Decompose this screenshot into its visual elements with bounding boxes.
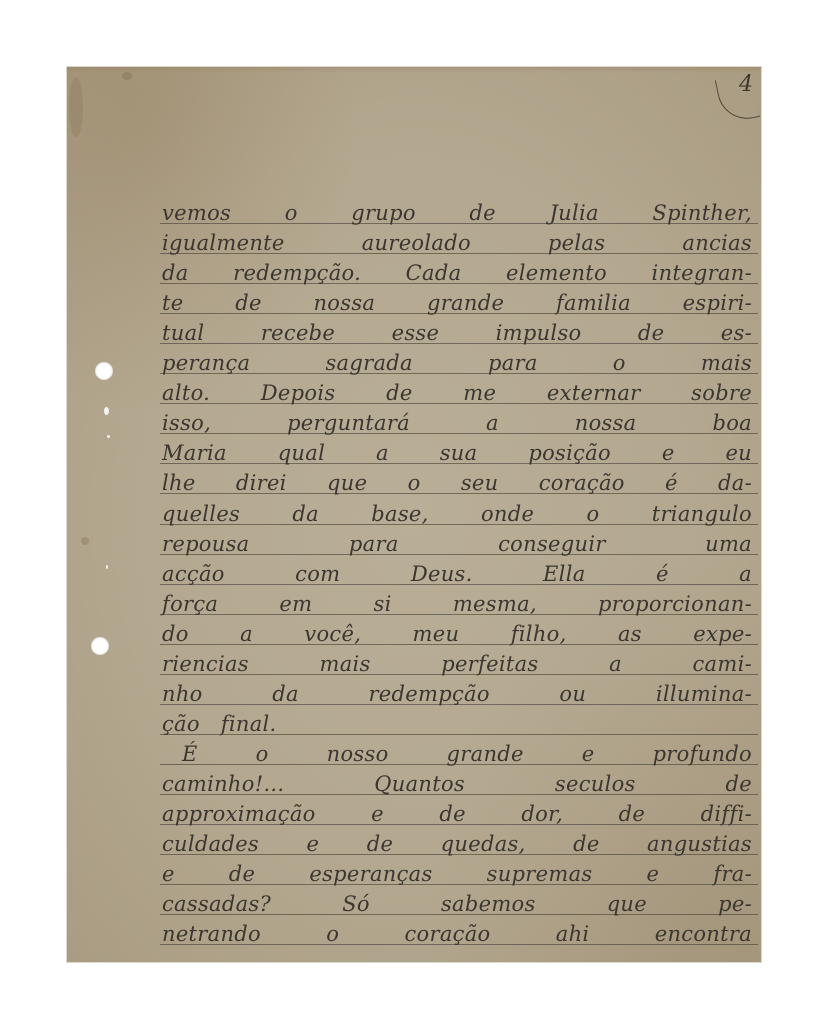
- paper-stain: [81, 537, 89, 545]
- text-line: tual recebe esse impulso de es-: [160, 314, 758, 344]
- text-line: vemos o grupo de Julia Spinther,: [160, 194, 758, 224]
- line-text: acção com Deus. Ella é a: [162, 562, 752, 586]
- line-text: repousa para conseguir uma: [162, 532, 752, 556]
- line-text: caminho!... Quantos seculos de: [162, 772, 752, 796]
- line-text: approximação e de dor, de diffi-: [162, 802, 752, 826]
- text-line: Maria qual a sua posição e eu: [160, 434, 758, 464]
- line-text: ção final.: [162, 712, 752, 736]
- text-line: netrando o coração ahi encontra: [160, 915, 758, 945]
- line-text: vemos o grupo de Julia Spinther,: [162, 201, 752, 225]
- text-line: alto. Depois de me externar sobre: [160, 374, 758, 404]
- paper-speck: [104, 407, 109, 415]
- line-text: riencias mais perfeitas a cami-: [162, 652, 752, 676]
- paper-stain: [69, 77, 83, 137]
- line-text: igualmente aureolado pelas ancias: [162, 231, 752, 255]
- text-line: te de nossa grande familia espiri-: [160, 284, 758, 314]
- text-line: igualmente aureolado pelas ancias: [160, 224, 758, 254]
- text-line: lhe direi que o seu coração é da-: [160, 464, 758, 494]
- line-text: quelles da base, onde o triangulo: [162, 502, 752, 526]
- text-line: força em si mesma, proporcionan-: [160, 585, 758, 615]
- line-text: É o nosso grande e profundo: [182, 742, 752, 766]
- page-number: 4: [723, 72, 763, 118]
- paper-speck: [106, 565, 108, 569]
- line-text: netrando o coração ahi encontra: [162, 922, 752, 946]
- line-text: cassadas? Só sabemos que pe-: [162, 892, 752, 916]
- text-line: riencias mais perfeitas a cami-: [160, 645, 758, 675]
- paper-stain: [122, 72, 132, 80]
- line-text: nho da redempção ou illumina-: [162, 682, 752, 706]
- line-text: culdades e de quedas, de angustias: [162, 832, 752, 856]
- line-text: lhe direi que o seu coração é da-: [162, 471, 752, 495]
- text-line: do a você, meu filho, as expe-: [160, 615, 758, 645]
- text-line: repousa para conseguir uma: [160, 525, 758, 555]
- line-text: força em si mesma, proporcionan-: [162, 592, 752, 616]
- punch-hole-bottom: [91, 637, 109, 655]
- text-line: acção com Deus. Ella é a: [160, 555, 758, 585]
- line-text: e de esperanças supremas e fra-: [162, 862, 752, 886]
- handwritten-text-block: vemos o grupo de Julia Spinther, igualme…: [160, 194, 758, 945]
- text-line: culdades e de quedas, de angustias: [160, 825, 758, 855]
- text-line: nho da redempção ou illumina-: [160, 675, 758, 705]
- text-line: perança sagrada para o mais: [160, 344, 758, 374]
- line-text: alto. Depois de me externar sobre: [162, 381, 752, 405]
- line-text: do a você, meu filho, as expe-: [162, 622, 752, 646]
- text-line: e de esperanças supremas e fra-: [160, 855, 758, 885]
- line-text: Maria qual a sua posição e eu: [162, 441, 752, 465]
- text-line: isso, perguntará a nossa boa: [160, 404, 758, 434]
- text-line: da redempção. Cada elemento integran-: [160, 254, 758, 284]
- punch-hole-top: [95, 362, 113, 380]
- text-line: approximação e de dor, de diffi-: [160, 795, 758, 825]
- line-text: isso, perguntará a nossa boa: [162, 411, 752, 435]
- page-number-value: 4: [739, 72, 753, 97]
- line-text: perança sagrada para o mais: [162, 351, 752, 375]
- line-text: te de nossa grande familia espiri-: [162, 291, 752, 315]
- text-line: ção final.: [160, 705, 758, 735]
- text-line: caminho!... Quantos seculos de: [160, 765, 758, 795]
- text-line: cassadas? Só sabemos que pe-: [160, 885, 758, 915]
- line-text: tual recebe esse impulso de es-: [162, 321, 752, 345]
- line-text: da redempção. Cada elemento integran-: [162, 261, 752, 285]
- text-line: É o nosso grande e profundo: [160, 735, 758, 765]
- text-line: quelles da base, onde o triangulo: [160, 494, 758, 524]
- paper-speck: [107, 435, 110, 438]
